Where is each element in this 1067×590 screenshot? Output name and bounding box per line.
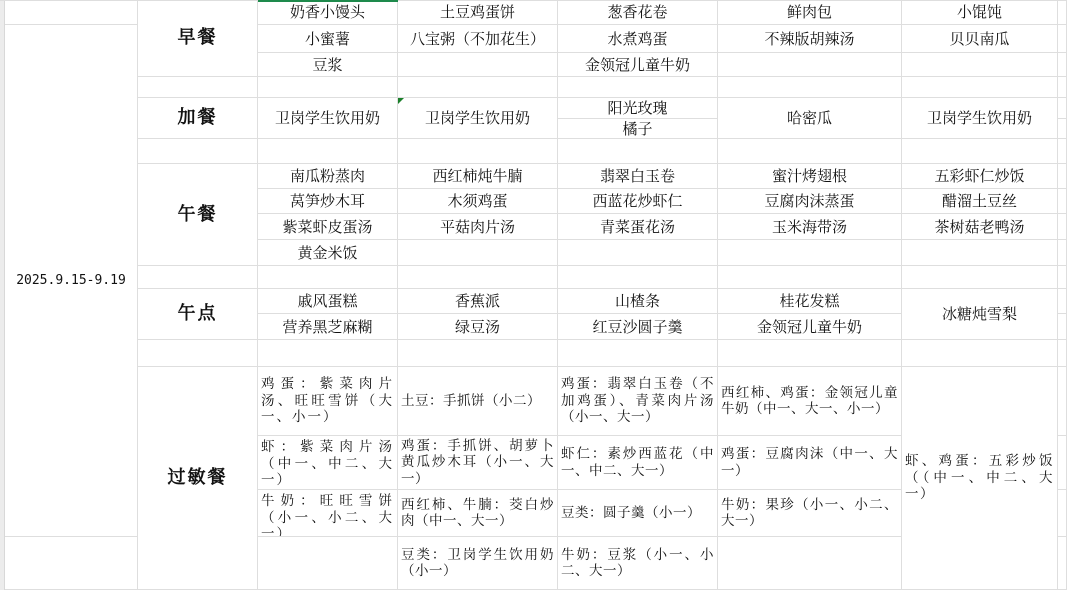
dish-text: 贝贝南瓜 (949, 30, 1009, 48)
lunch-d2-item4[interactable] (398, 240, 558, 266)
meal-label-breakfast[interactable]: 早餐 (138, 0, 258, 77)
meal-label-text: 过敏餐 (168, 469, 228, 487)
allergy-d2-item3[interactable]: 西红柿、牛腩：茭白炒肉（中一、大一） (398, 490, 558, 537)
meal-label-lunch[interactable]: 午餐 (138, 164, 258, 266)
allergy-text: 豆类：卫岗学生饮用奶（小一） (401, 547, 554, 580)
empty-cell[interactable] (1058, 537, 1067, 590)
dish-text: 茶树菇老鸭汤 (934, 218, 1024, 236)
dish-text: 红豆沙圆子羹 (592, 318, 682, 336)
empty-cell[interactable] (1058, 77, 1067, 98)
allergy-d1-item1[interactable]: 鸡蛋：紫菜肉片汤、旺旺雪饼（大一、小一） (258, 367, 398, 436)
dish-text: 戚风蛋糕 (297, 292, 357, 310)
dish-text: 青菜蛋花汤 (600, 218, 675, 236)
dish-text: 南瓜粉蒸肉 (290, 167, 365, 185)
allergy-d3-item2[interactable]: 虾仁：素炒西蓝花（中一、中二、大一） (558, 436, 718, 490)
breakfast-d4-item2[interactable]: 不辣版胡辣汤 (718, 25, 902, 53)
allergy-d3-item1[interactable]: 鸡蛋：翡翠白玉卷（不加鸡蛋）、青菜肉片汤（小一、大一） (558, 367, 718, 436)
dish-text: 蜜汁烤翅根 (772, 167, 847, 185)
meal-label-snack[interactable]: 加餐 (138, 98, 258, 139)
afternoon-d4-item1[interactable]: 桂花发糕 (718, 289, 902, 314)
dish-text: 醋溜土豆丝 (942, 192, 1017, 210)
dish-text: 山楂条 (615, 292, 660, 310)
lunch-d5-item1[interactable]: 五彩虾仁炒饭 (902, 164, 1058, 189)
breakfast-d2-item3[interactable] (398, 53, 558, 77)
empty-cell[interactable] (1058, 340, 1067, 367)
lunch-d1-item2[interactable]: 莴笋炒木耳 (258, 189, 398, 214)
lunch-d5-item3[interactable]: 茶树菇老鸭汤 (902, 214, 1058, 240)
dish-text: 不辣版胡辣汤 (764, 30, 854, 48)
allergy-d4-item1[interactable]: 西红柿、鸡蛋：金领冠儿童牛奶（中一、大一、小一） (718, 367, 902, 436)
spacer-cell[interactable] (398, 266, 558, 289)
breakfast-d2-item1[interactable]: 土豆鸡蛋饼 (398, 0, 558, 25)
dish-text: 鲜肉包 (787, 3, 832, 21)
afternoon-d1-item2[interactable]: 营养黑芝麻糊 (258, 314, 398, 340)
lunch-d3-item4[interactable] (558, 240, 718, 266)
afternoon-d2-item1[interactable]: 香蕉派 (398, 289, 558, 314)
empty-cell[interactable] (1058, 53, 1067, 77)
spacer-cell[interactable] (398, 139, 558, 164)
lunch-d4-item4[interactable] (718, 240, 902, 266)
allergy-d4-item3[interactable]: 牛奶：果珍（小一、小二、大一） (718, 490, 902, 537)
spacer-cell[interactable] (258, 77, 398, 98)
dish-text: 金领冠儿童牛奶 (585, 56, 690, 74)
afternoon-d5-item1[interactable]: 冰糖炖雪梨 (902, 289, 1058, 340)
empty-cell[interactable] (1058, 266, 1067, 289)
dish-text: 西蓝花炒虾仁 (592, 192, 682, 210)
allergy-d2-item4[interactable]: 豆类：卫岗学生饮用奶（小一） (398, 537, 558, 590)
active-column-indicator (258, 0, 398, 2)
allergy-text: 牛奶：豆浆（小一、小二、大一） (561, 547, 714, 580)
breakfast-d4-item3[interactable] (718, 53, 902, 77)
dish-text: 西红柿炖牛腩 (432, 167, 522, 185)
date-range-text: 2025.9.15-9.19 (16, 272, 126, 290)
spreadsheet: 2025.9.15-9.19 早餐 加餐 午餐 午点 过敏餐 奶香小馒头 小蜜薯… (0, 0, 1067, 590)
lunch-d4-item1[interactable]: 蜜汁烤翅根 (718, 164, 902, 189)
breakfast-d1-item3[interactable]: 豆浆 (258, 53, 398, 77)
dish-text: 八宝粥（不加花生） (410, 30, 545, 48)
dish-text: 平菇肉片汤 (440, 218, 515, 236)
dish-text: 小蜜薯 (305, 30, 350, 48)
empty-cell[interactable] (1058, 0, 1067, 25)
allergy-text: 豆类：圆子羹（小一） (561, 505, 701, 522)
dish-text: 紫菜虾皮蛋汤 (282, 218, 372, 236)
dish-text: 哈密瓜 (787, 109, 832, 127)
breakfast-d5-item1[interactable]: 小馄饨 (902, 0, 1058, 25)
spacer-cell[interactable] (258, 266, 398, 289)
meal-label-allergy[interactable]: 过敏餐 (138, 367, 258, 590)
meal-label-text: 午餐 (178, 206, 218, 224)
spacer-cell[interactable] (902, 266, 1058, 289)
top-gridline (0, 0, 1067, 1)
allergy-text: 牛奶：果珍（小一、小二、大一） (721, 497, 898, 530)
spacer-cell[interactable] (558, 266, 718, 289)
breakfast-d5-item2[interactable]: 贝贝南瓜 (902, 25, 1058, 53)
lunch-d2-item2[interactable]: 木须鸡蛋 (398, 189, 558, 214)
dish-text: 土豆鸡蛋饼 (440, 3, 515, 21)
allergy-text: 鸡蛋：手抓饼、胡萝卜黄瓜炒木耳（小一、大一） (401, 438, 554, 488)
lunch-d3-item1[interactable]: 翡翠白玉卷 (558, 164, 718, 189)
empty-cell[interactable] (1058, 436, 1067, 490)
dish-text: 桂花发糕 (779, 292, 839, 310)
breakfast-d1-item1[interactable]: 奶香小馒头 (258, 0, 398, 25)
allergy-d4-item2[interactable]: 鸡蛋：豆腐肉沫（中一、大一） (718, 436, 902, 490)
dish-text: 五彩虾仁炒饭 (934, 167, 1024, 185)
dish-text: 橘子 (622, 120, 652, 138)
snack-d3-item2[interactable]: 橘子 (558, 119, 718, 139)
afternoon-d4-item2[interactable]: 金领冠儿童牛奶 (718, 314, 902, 340)
comment-marker-icon[interactable] (398, 98, 404, 104)
empty-cell[interactable] (1058, 98, 1067, 119)
spacer-cell[interactable] (902, 340, 1058, 367)
spacer-cell[interactable] (398, 340, 558, 367)
allergy-text: 鸡蛋：豆腐肉沫（中一、大一） (721, 446, 898, 479)
empty-cell[interactable] (1058, 289, 1067, 314)
spacer-cell[interactable] (718, 139, 902, 164)
snack-d1[interactable]: 卫岗学生饮用奶 (258, 98, 398, 139)
breakfast-d3-item2[interactable]: 水煮鸡蛋 (558, 25, 718, 53)
snack-d4[interactable]: 哈密瓜 (718, 98, 902, 139)
lunch-d1-item1[interactable]: 南瓜粉蒸肉 (258, 164, 398, 189)
allergy-d3-item4[interactable]: 牛奶：豆浆（小一、小二、大一） (558, 537, 718, 590)
dish-text: 卫岗学生饮用奶 (425, 109, 530, 127)
empty-cell[interactable] (1058, 214, 1067, 240)
dish-text: 莴笋炒木耳 (290, 192, 365, 210)
empty-cell[interactable] (1058, 490, 1067, 537)
allergy-d3-item3[interactable]: 豆类：圆子羹（小一） (558, 490, 718, 537)
allergy-d4-item4[interactable] (718, 537, 902, 590)
dish-text: 绿豆汤 (455, 318, 500, 336)
spacer-cell[interactable] (718, 266, 902, 289)
lunch-d2-item3[interactable]: 平菇肉片汤 (398, 214, 558, 240)
spacer-cell[interactable] (138, 340, 258, 367)
spacer-cell[interactable] (138, 77, 258, 98)
lunch-d5-item2[interactable]: 醋溜土豆丝 (902, 189, 1058, 214)
spacer-cell[interactable] (902, 77, 1058, 98)
empty-cell[interactable] (1058, 240, 1067, 266)
empty-cell[interactable] (1058, 119, 1067, 139)
breakfast-d5-item3[interactable] (902, 53, 1058, 77)
spacer-cell[interactable] (138, 139, 258, 164)
lunch-d5-item4[interactable] (902, 240, 1058, 266)
lunch-d4-item3[interactable]: 玉米海带汤 (718, 214, 902, 240)
allergy-text: 土豆：手抓饼（小二） (401, 393, 541, 410)
allergy-text: 虾仁：素炒西蓝花（中一、中二、大一） (561, 446, 714, 479)
afternoon-d3-item2[interactable]: 红豆沙圆子羹 (558, 314, 718, 340)
breakfast-d1-item2[interactable]: 小蜜薯 (258, 25, 398, 53)
snack-d2[interactable]: 卫岗学生饮用奶 (398, 98, 558, 139)
dish-text: 葱香花卷 (607, 3, 667, 21)
dish-text: 小馄饨 (957, 3, 1002, 21)
dish-text: 翡翠白玉卷 (600, 167, 675, 185)
meal-label-text: 早餐 (178, 29, 218, 47)
breakfast-d3-item3[interactable]: 金领冠儿童牛奶 (558, 53, 718, 77)
allergy-d1-item3[interactable]: 牛奶：旺旺雪饼（小一、小二、大一） (258, 490, 398, 537)
allergy-d2-item1[interactable]: 土豆：手抓饼（小二） (398, 367, 558, 436)
lunch-d3-item2[interactable]: 西蓝花炒虾仁 (558, 189, 718, 214)
lunch-d3-item3[interactable]: 青菜蛋花汤 (558, 214, 718, 240)
spacer-cell[interactable] (718, 77, 902, 98)
empty-cell[interactable] (1058, 164, 1067, 189)
dish-text: 金领冠儿童牛奶 (757, 318, 862, 336)
dish-text: 玉米海带汤 (772, 218, 847, 236)
spacer-cell[interactable] (258, 139, 398, 164)
afternoon-d1-item1[interactable]: 戚风蛋糕 (258, 289, 398, 314)
allergy-text: 西红柿、牛腩：茭白炒肉（中一、大一） (401, 497, 554, 530)
allergy-d5-item1[interactable]: 虾、鸡蛋：五彩炒饭（（中一、中二、大一） (902, 367, 1058, 590)
dish-text: 阳光玫瑰 (607, 99, 667, 117)
dish-text: 水煮鸡蛋 (607, 30, 667, 48)
allergy-d1-item4[interactable] (258, 537, 398, 590)
allergy-text: 虾、鸡蛋：五彩炒饭（（中一、中二、大一） (905, 453, 1054, 503)
lunch-d1-item3[interactable]: 紫菜虾皮蛋汤 (258, 214, 398, 240)
dish-text: 黄金米饭 (297, 244, 357, 262)
dish-text: 香蕉派 (455, 292, 500, 310)
cell-date-bottom[interactable] (5, 537, 138, 590)
dish-text: 营养黑芝麻糊 (282, 318, 372, 336)
spacer-cell[interactable] (138, 266, 258, 289)
allergy-text: 牛奶：旺旺雪饼（小一、小二、大一） (261, 493, 394, 537)
dish-text: 卫岗学生饮用奶 (927, 109, 1032, 127)
lunch-d1-item4[interactable]: 黄金米饭 (258, 240, 398, 266)
meal-label-afternoon[interactable]: 午点 (138, 289, 258, 340)
empty-cell[interactable] (1058, 189, 1067, 214)
snack-d3-item1[interactable]: 阳光玫瑰 (558, 98, 718, 119)
empty-cell[interactable] (1058, 367, 1067, 436)
allergy-text: 虾：紫菜肉片汤（中一、中二、大一） (261, 439, 394, 489)
spacer-cell[interactable] (902, 139, 1058, 164)
empty-cell[interactable] (1058, 139, 1067, 164)
lunch-d4-item2[interactable]: 豆腐肉沫蒸蛋 (718, 189, 902, 214)
lunch-d2-item1[interactable]: 西红柿炖牛腩 (398, 164, 558, 189)
snack-d5[interactable]: 卫岗学生饮用奶 (902, 98, 1058, 139)
breakfast-d4-item1[interactable]: 鲜肉包 (718, 0, 902, 25)
meal-label-text: 午点 (178, 305, 218, 323)
cell-date-range[interactable]: 2025.9.15-9.19 (5, 25, 138, 537)
allergy-d2-item2[interactable]: 鸡蛋：手抓饼、胡萝卜黄瓜炒木耳（小一、大一） (398, 436, 558, 490)
dish-text: 冰糖炖雪梨 (942, 305, 1017, 323)
breakfast-d2-item2[interactable]: 八宝粥（不加花生） (398, 25, 558, 53)
dish-text: 豆浆 (312, 56, 342, 74)
allergy-text: 西红柿、鸡蛋：金领冠儿童牛奶（中一、大一、小一） (721, 385, 898, 418)
empty-cell[interactable] (1058, 314, 1067, 340)
dish-text: 卫岗学生饮用奶 (275, 109, 380, 127)
afternoon-d2-item2[interactable]: 绿豆汤 (398, 314, 558, 340)
spacer-cell[interactable] (258, 340, 398, 367)
dish-text: 木须鸡蛋 (447, 192, 507, 210)
spacer-cell[interactable] (558, 340, 718, 367)
afternoon-d3-item1[interactable]: 山楂条 (558, 289, 718, 314)
spacer-cell[interactable] (558, 139, 718, 164)
dish-text: 豆腐肉沫蒸蛋 (764, 192, 854, 210)
spacer-cell[interactable] (718, 340, 902, 367)
cell-date-top[interactable] (5, 0, 138, 25)
breakfast-d3-item1[interactable]: 葱香花卷 (558, 0, 718, 25)
empty-cell[interactable] (1058, 25, 1067, 53)
allergy-d1-item2[interactable]: 虾：紫菜肉片汤（中一、中二、大一） (258, 436, 398, 490)
spacer-cell[interactable] (558, 77, 718, 98)
meal-label-text: 加餐 (178, 109, 218, 127)
dish-text: 奶香小馒头 (290, 3, 365, 21)
spacer-cell[interactable] (398, 77, 558, 98)
allergy-text: 鸡蛋：翡翠白玉卷（不加鸡蛋）、青菜肉片汤（小一、大一） (561, 376, 714, 426)
allergy-text: 鸡蛋：紫菜肉片汤、旺旺雪饼（大一、小一） (261, 376, 394, 426)
